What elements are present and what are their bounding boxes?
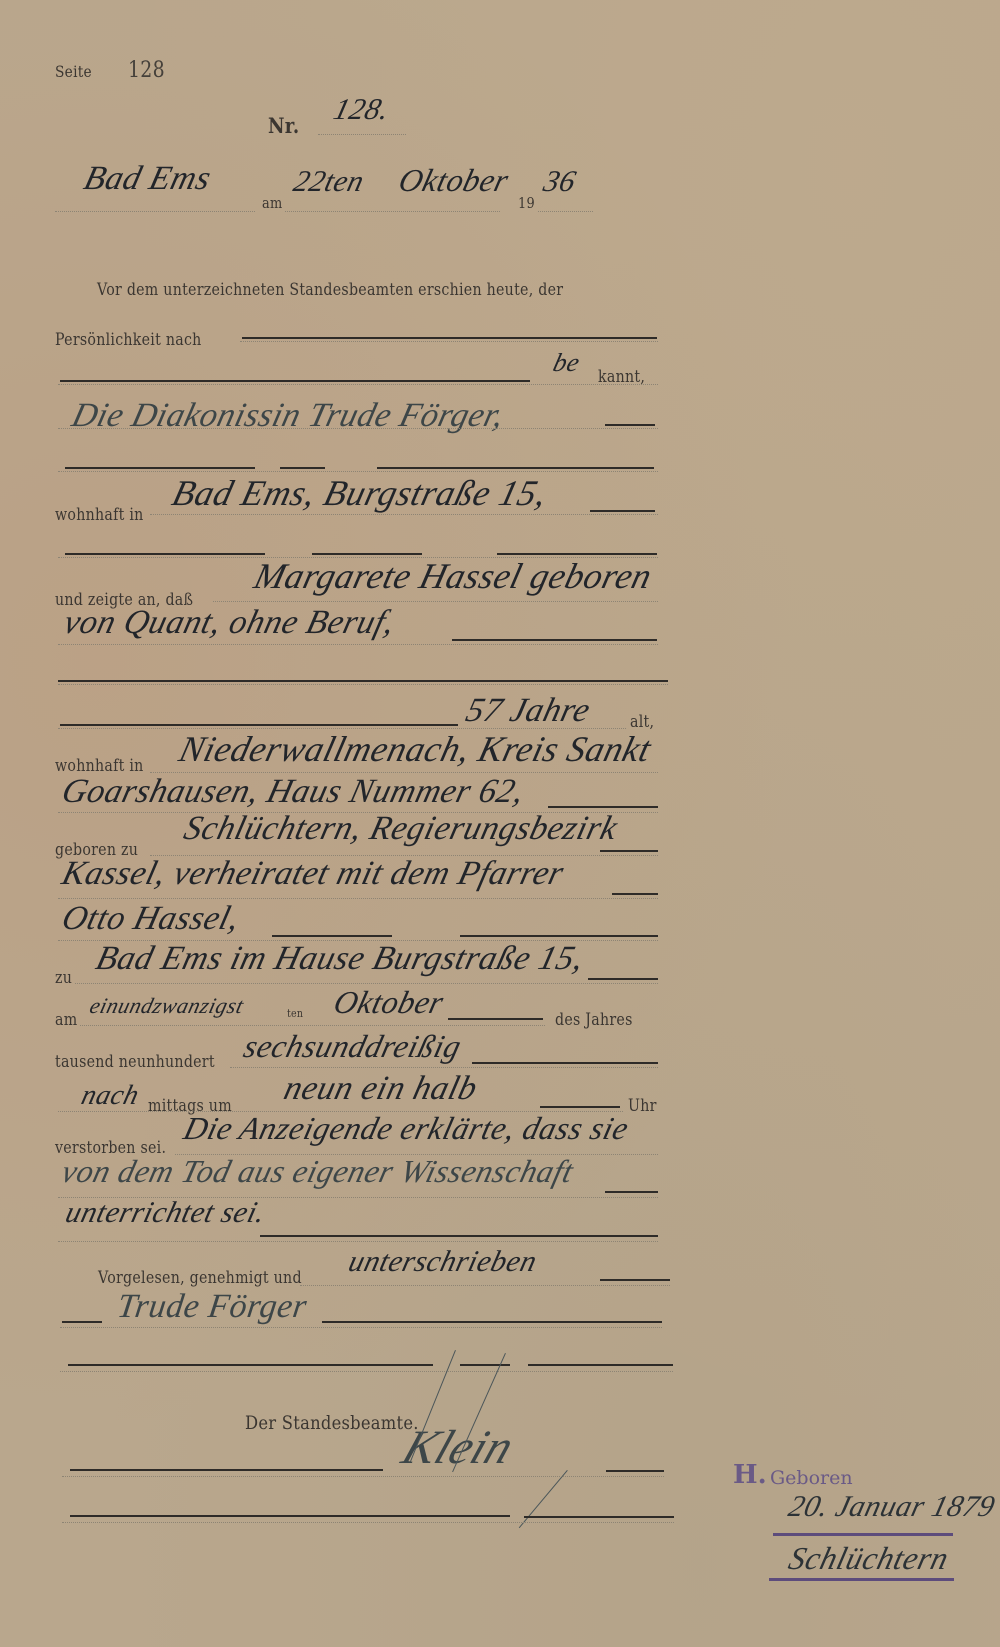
registrar-label: Der Standesbeamte. [245,1412,419,1434]
year-suffix-handwritten: 36 [540,165,579,199]
rule [600,850,658,852]
stamp-underline [773,1533,953,1536]
dotline [60,1327,662,1328]
rule [605,1191,658,1193]
dotline [58,644,658,645]
birthplace-line1-handwritten: Schlüchtern, Regierungsbezirk [180,810,621,848]
vorgelesen-label: Vorgelesen, genehmigt und [98,1268,302,1287]
rule [528,1364,673,1366]
uhr-label: Uhr [628,1096,657,1115]
rule [58,680,668,682]
age-handwritten: 57 Jahre [462,692,594,730]
intro-line: Vor dem unterzeichneten Standesbeamten e… [97,280,563,299]
dotline [58,684,668,685]
rule [68,1364,433,1366]
death-month-handwritten: Oktober [330,984,448,1021]
year-dotline [538,211,593,212]
rule [600,1279,670,1281]
page-label: Seite [55,62,92,81]
deceased-line1-handwritten: Margarete Hassel geboren [250,555,656,597]
declaration-line2-handwritten: von dem Tod aus eigener Wissenschaft [58,1153,577,1190]
dotline [230,1067,658,1068]
rule [65,553,265,555]
deceased-residence-line1-handwritten: Niederwallmenach, Kreis Sankt [175,728,656,770]
place-handwritten: Bad Ems [80,160,215,198]
registrar-signature: Klein [395,1420,522,1475]
rule [70,1469,383,1471]
stamp-underline [769,1578,954,1581]
am-label-2: am [55,1010,77,1029]
year-prefix: 19 [518,194,535,212]
month-handwritten: Oktober [395,162,513,199]
birth-place-handwritten: Schlüchtern [785,1540,953,1577]
am-label: am [262,194,282,212]
wohnhaft-label-1: wohnhaft in [55,505,144,524]
stamp-label: Geboren [770,1467,853,1489]
rule [377,467,654,469]
informant-residence-handwritten: Bad Ems, Burgstraße 15, [168,472,552,514]
birthplace-line2-handwritten: Kassel, verheiratet mit dem Pfarrer [58,855,568,893]
ten-label: ten [287,1007,303,1020]
nr-label: Nr. [268,113,299,138]
place-dotline [55,211,255,212]
unterschrieben-handwritten: unterschrieben [345,1245,540,1279]
rule [62,1321,102,1323]
time-prefix-handwritten: nach [78,1080,142,1112]
dotline [62,1476,664,1477]
rule [460,935,658,937]
des-jahres-label: des Jahres [555,1010,633,1029]
rule [524,1516,674,1518]
birth-date-handwritten: 20. Januar 1879 [785,1490,998,1524]
dotline [58,428,658,429]
dotline [213,601,658,602]
informant-handwritten: Die Diakonissin Trude Förger, [68,397,508,435]
rule [548,806,658,808]
dotline [58,1241,658,1242]
dotline [58,898,658,899]
dotline [80,1025,545,1026]
death-year-handwritten: sechsunddreißig [240,1028,465,1065]
rule [588,978,658,980]
rule [606,1470,664,1472]
dotline [60,1371,673,1372]
bekannt-label: kannt, [598,367,645,386]
deceased-residence-line2-handwritten: Goarshausen, Haus Nummer 62, [58,773,528,811]
informant-signature: Trude Förger [115,1288,309,1326]
persoenlichkeit-rule [242,337,657,339]
rule [460,1364,510,1366]
rule [280,467,325,469]
deceased-line2-handwritten: von Quant, ohne Beruf, [60,604,399,642]
signature-stroke [519,1470,568,1528]
rule [590,510,655,512]
tausend-label: tausend neunhundert [55,1052,215,1071]
rule [70,1515,510,1517]
bekannt-handwritten: be [550,348,583,378]
death-place-handwritten: Bad Ems im Hause Burgstraße 15, [92,940,588,978]
rule [612,893,658,895]
dotline [58,384,658,385]
nr-value: 128. [330,93,393,127]
rule [448,1018,543,1020]
rule [65,467,255,469]
rule [605,424,655,426]
bekannt-rule [60,380,530,382]
dotline [240,341,658,342]
zu-label: zu [55,968,72,987]
page-number: 128 [128,58,165,83]
day-handwritten: 22ten [290,165,368,199]
stamp-letter: H. [733,1460,767,1490]
rule [260,1235,658,1237]
declaration-line1-handwritten: Die Anzeigende erklärte, dass sie [180,1110,633,1147]
dotline [150,514,658,515]
rule [540,1106,620,1108]
death-day-handwritten: einundzwanzigst [87,993,246,1019]
declaration-line3-handwritten: unterrichtet sei. [62,1196,269,1230]
persoenlichkeit-label: Persönlichkeit nach [55,330,202,349]
nr-dotline [318,134,406,135]
rule [272,935,392,937]
spouse-handwritten: Otto Hassel, [58,900,243,938]
rule [472,1062,658,1064]
time-handwritten: neun ein halb [280,1070,481,1108]
dotline [62,1522,674,1523]
dotline [300,1285,670,1286]
rule [60,724,458,726]
date-dotline [285,211,500,212]
rule [452,639,657,641]
rule [322,1321,662,1323]
